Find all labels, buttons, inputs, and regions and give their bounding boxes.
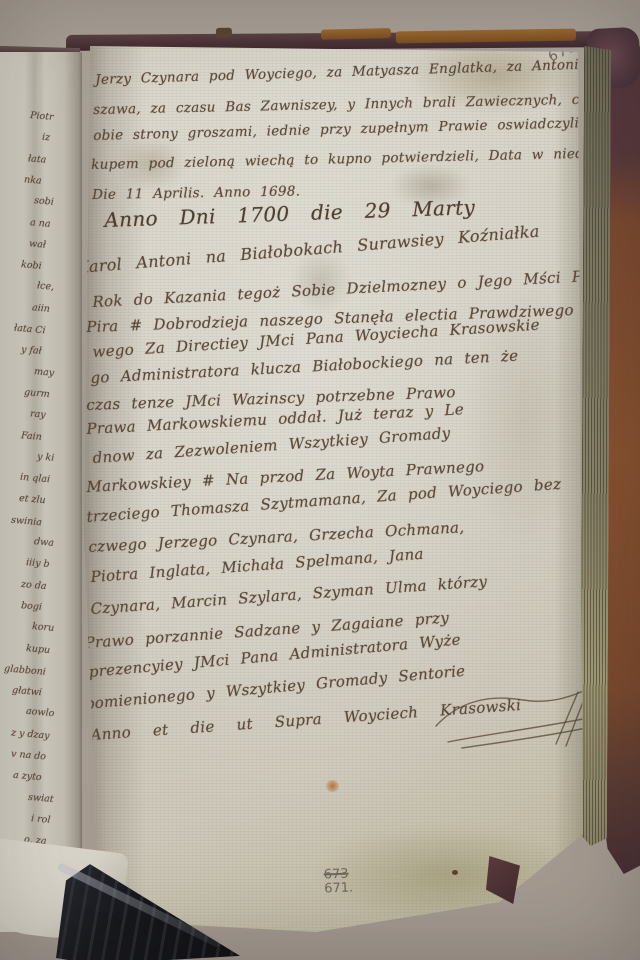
orange-spot-stain: [326, 780, 339, 792]
left-page-text-fragment: y ki: [36, 452, 54, 463]
left-page-text-fragment: Piotr: [30, 111, 54, 123]
debris-speck: [452, 870, 458, 875]
left-page-text-fragment: swiat: [28, 793, 54, 805]
left-page-text-fragment: kupu: [26, 643, 51, 655]
left-page-edge: Piotrizłatankasobia nawałkobiłce,aiinłat…: [0, 52, 82, 932]
manuscript-line: obie strony groszami, iednie przy zupełn…: [93, 114, 629, 144]
left-page-text-fragment: kobi: [21, 260, 42, 272]
left-page-text-fragment: łce,: [37, 282, 55, 293]
left-page-text-fragment: aiin: [32, 303, 51, 315]
left-page-text-fragment: wał: [29, 239, 47, 250]
left-page-text-fragment: zo da: [20, 580, 46, 592]
damp-stain: [316, 826, 576, 922]
worn-leather-patch: [321, 28, 391, 40]
left-page-text-fragment: iz: [42, 133, 51, 144]
left-page-text-fragment: gurm: [24, 388, 51, 400]
left-page-text-fragment: a na: [29, 218, 50, 230]
manuscript-line: Jerzy Czynara pod Woyciego, za Matyasza …: [95, 56, 610, 88]
manuscript-line: Die 11 Aprilis. Anno 1698.: [92, 183, 300, 203]
left-page-text-fragment: Fain: [21, 431, 43, 443]
left-page-text-fragment: bogi: [21, 601, 43, 613]
left-page-text-fragment: łata Ci: [14, 324, 46, 337]
signature-flourish: [428, 684, 598, 764]
page-block-fore-edge: [580, 46, 611, 846]
worn-leather-patch: [396, 29, 576, 44]
left-page-text-fragment: koru: [31, 622, 54, 634]
manuscript-page: Jerzy Czynara pod Woyciego, za Matyasza …: [76, 36, 592, 952]
corrected-number: 671.: [324, 881, 353, 896]
manuscript-line: kupem pod zieloną wiechą to kupno potwie…: [91, 145, 618, 173]
left-page-text-fragment: iiiy b: [26, 558, 50, 570]
left-page-text-fragment: may: [34, 367, 55, 379]
worn-leather-patch: [216, 28, 232, 38]
left-page-text-fragment: v na do: [11, 749, 47, 762]
left-page-text-fragment: y fał: [21, 345, 42, 357]
left-page-text-fragment: in qlai: [20, 473, 51, 486]
left-page-text-fragment: nka: [24, 175, 42, 186]
left-page-text-fragment: et zlu: [19, 494, 46, 506]
left-page-text-fragment: sobi: [34, 196, 55, 208]
left-page-text-fragment: a zyto: [13, 771, 42, 783]
left-page-text-fragment: dwa: [34, 537, 55, 549]
left-page-text-fragment: głatwi: [12, 686, 43, 699]
photograph-of-manuscript: Piotrizłatankasobia nawałkobiłce,aiinłat…: [0, 0, 640, 960]
left-page-text-fragment: łata: [27, 154, 46, 166]
left-page-text-fragment: glabboni: [4, 664, 47, 678]
left-page-text-fragment: i rol: [30, 814, 50, 826]
pencil-folio-number-bottom: 673 671.: [324, 868, 354, 897]
left-page-text-fragment: swinia: [11, 515, 43, 528]
left-page-text-fragment: aowlo: [25, 707, 54, 719]
left-page-text-fragment: ray: [30, 410, 46, 421]
left-page-text-fragment: z y dzay: [11, 728, 50, 741]
